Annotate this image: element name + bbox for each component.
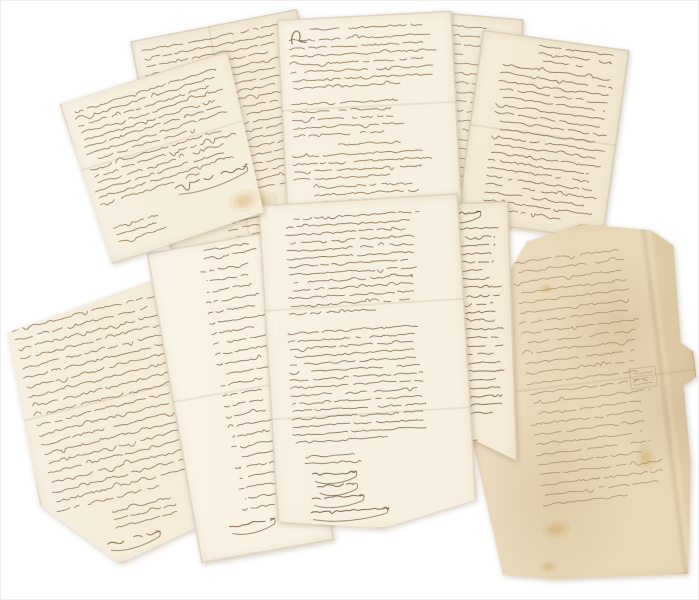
manuscript-center [258,193,478,535]
photo-canvas: Photograph of a group of overlapping 17t… [0,0,699,600]
